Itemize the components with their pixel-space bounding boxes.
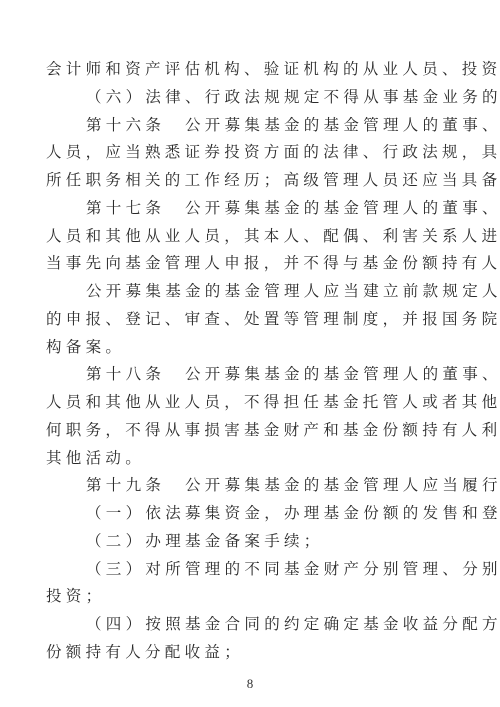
text-line: 第十六条 公开募集基金的基金管理人的董事、监事和高级管理 [46,112,450,140]
text-line: 当事先向基金管理人申报，并不得与基金份额持有人发生利益冲突。 [46,250,450,278]
text-line: （三）对所管理的不同基金财产分别管理、分别记账，进行证券 [46,556,450,584]
text-line: 何职务，不得从事损害基金财产和基金份额持有人利益的证券交易及 [46,417,450,445]
body-text: 会计师和资产评估机构、验证机构的从业人员、投资咨询从业人员； （六）法律、行政法… [46,56,450,667]
text-line: （一）依法募集资金，办理基金份额的发售和登记事宜； [46,500,450,528]
text-line: 人员和其他从业人员，其本人、配偶、利害关系人进行证券投资，应 [46,223,450,251]
text-line: 的申报、登记、审查、处置等管理制度，并报国务院证券监督管理机 [46,306,450,334]
text-line: 第十七条 公开募集基金的基金管理人的董事、监事、高级管理 [46,195,450,223]
text-line: 所任职务相关的工作经历；高级管理人员还应当具备基金从业资格。 [46,167,450,195]
text-line: 份额持有人分配收益； [46,639,450,667]
text-line: 公开募集基金的基金管理人应当建立前款规定人员进行证券投资 [46,278,450,306]
text-line: 投资； [46,583,450,611]
text-line: 人员，应当熟悉证券投资方面的法律、行政法规，具有三年以上与其 [46,139,450,167]
page-number: 8 [0,676,500,692]
text-line: （四）按照基金合同的约定确定基金收益分配方案，及时向基金 [46,611,450,639]
text-line: （六）法律、行政法规规定不得从事基金业务的其他人员。 [46,84,450,112]
text-line: 人员和其他从业人员，不得担任基金托管人或者其他基金管理人的任 [46,389,450,417]
text-line: 会计师和资产评估机构、验证机构的从业人员、投资咨询从业人员； [46,56,450,84]
text-line: 第十九条 公开募集基金的基金管理人应当履行下列职责： [46,472,450,500]
text-line: 构备案。 [46,334,450,362]
text-line: （二）办理基金备案手续； [46,528,450,556]
document-page: 会计师和资产评估机构、验证机构的从业人员、投资咨询从业人员； （六）法律、行政法… [0,0,500,707]
text-line: 其他活动。 [46,445,450,473]
text-line: 第十八条 公开募集基金的基金管理人的董事、监事、高级管理 [46,361,450,389]
